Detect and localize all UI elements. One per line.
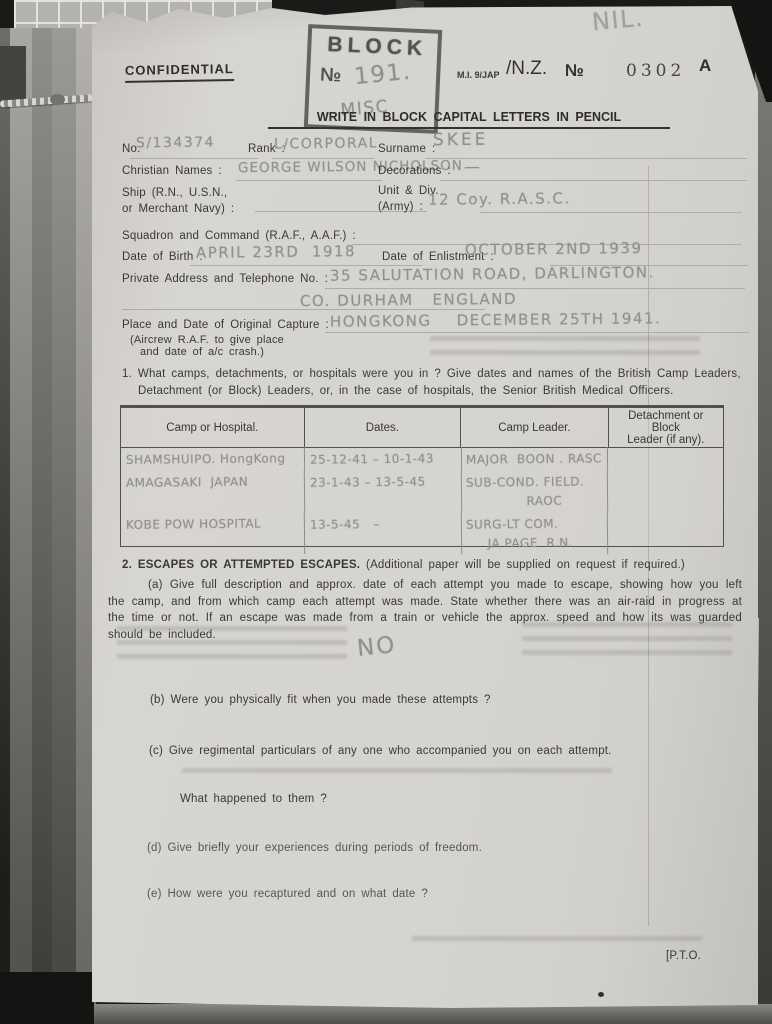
block-capitals-instruction: WRITE IN BLOCK CAPITAL LETTERS IN PENCIL xyxy=(268,110,670,129)
ref-letter-a: A xyxy=(699,56,711,76)
string-knot xyxy=(50,94,65,105)
cell-detachment xyxy=(608,512,723,555)
question-2d-text: (d) Give briefly your experiences during… xyxy=(147,842,482,854)
ink-bleed-through xyxy=(430,336,700,360)
question-1-text: 1. What camps, detachments, or hospitals… xyxy=(122,366,754,399)
column-header-dates: Dates. xyxy=(305,408,462,448)
ref-no-symbol: № xyxy=(565,61,584,81)
cell-leader: SUB-COND. FIELD. RAOC xyxy=(461,470,609,514)
stamp-block-word: BLOCK xyxy=(327,33,428,61)
table-row: AMAGASAKI JAPAN 23-1-43 – 13-5-45 SUB-CO… xyxy=(121,471,723,513)
field-sublabel-aircrew-2: and date of a/c crash.) xyxy=(140,346,264,358)
ink-bleed-through xyxy=(117,626,347,660)
column-header-camp-leader: Camp Leader. xyxy=(461,408,608,448)
rule-line xyxy=(440,179,747,181)
ink-bleed-through xyxy=(412,936,702,949)
handwritten-block-number: 191. xyxy=(353,59,412,90)
field-value-unit-div: 12 Coy. R.A.S.C. xyxy=(428,189,571,208)
question-2b-text: (b) Were you physically fit when you mad… xyxy=(150,694,491,706)
rule-line xyxy=(480,211,742,213)
field-value-surname: SKEE xyxy=(433,130,489,151)
table-row: KOBE POW HOSPITAL 13-5-45 – SURG-LT COM.… xyxy=(121,513,723,555)
cell-detachment xyxy=(608,447,723,471)
ref-serial-number: 0302 xyxy=(626,61,685,81)
question-2-heading-note: (Additional paper will be supplied on re… xyxy=(360,559,685,571)
stamp-no-symbol: № xyxy=(320,65,342,88)
ink-bleed-through xyxy=(522,622,732,660)
field-label-place-of-capture: Place and Date of Original Capture : xyxy=(122,319,329,331)
question-2c-followup-text: What happened to them ? xyxy=(180,793,327,805)
field-label-surname: Surname : xyxy=(378,143,435,155)
cell-camp: SHAMSHUIPO. HongKong xyxy=(121,447,305,472)
cell-detachment xyxy=(608,470,723,513)
scanned-document-canvas: NIL. CONFIDENTIAL BLOCK № 191. MISC M.I.… xyxy=(0,0,772,1024)
cell-camp: AMAGASAKI JAPAN xyxy=(121,470,305,514)
field-sublabel-aircrew-1: (Aircrew R.A.F. to give place xyxy=(130,334,284,346)
handwritten-nil-note: NIL. xyxy=(591,4,645,36)
table-row: SHAMSHUIPO. HongKong 25-12-41 – 10-1-43 … xyxy=(121,448,723,471)
field-label-christian-names: Christian Names : xyxy=(122,165,222,177)
ref-nz-label: /N.Z. xyxy=(506,58,547,80)
cell-dates: 23-1-43 – 13-5-45 xyxy=(304,470,461,514)
cell-dates: 13-5-45 – xyxy=(304,512,461,556)
field-value-date-of-enlistment: OCTOBER 2ND 1939 xyxy=(465,239,643,259)
question-2c-text: (c) Give regimental particulars of any o… xyxy=(149,745,612,757)
paper-stack-edge xyxy=(0,28,10,1024)
ink-speck xyxy=(598,992,604,997)
column-header-detachment: Detachment or Block Leader (if any). xyxy=(609,408,723,448)
ref-mi9-label: M.I. 9/JAP xyxy=(457,70,500,80)
field-label-decorations: Decorations : xyxy=(378,165,451,177)
field-label-squadron: Squadron and Command (R.A.F., A.A.F.) : xyxy=(122,230,356,242)
rule-line xyxy=(325,287,745,289)
camps-table-header-row: Camp or Hospital. Dates. Camp Leader. De… xyxy=(121,408,723,448)
field-value-date-of-birth: APRIL 23RD 1918 xyxy=(196,242,356,262)
ink-bleed-through xyxy=(182,768,612,781)
rule-line xyxy=(130,157,258,159)
question-2e-text: (e) How were you recaptured and on what … xyxy=(147,888,428,900)
paper-stack-edge xyxy=(52,28,77,1024)
column-header-camp: Camp or Hospital. xyxy=(121,408,305,448)
paper-stack-edge xyxy=(32,28,53,1024)
rule-line xyxy=(236,179,382,181)
pto-marking: [P.T.O. xyxy=(666,950,701,962)
rule-line xyxy=(325,331,749,333)
field-label-date-of-birth: Date of Birth : xyxy=(122,251,203,263)
question-2-heading: 2. ESCAPES OR ATTEMPTED ESCAPES. (Additi… xyxy=(122,555,738,573)
cell-dates: 25-12-41 – 10-1-43 xyxy=(304,447,461,472)
handwritten-answer-no: NO xyxy=(356,632,398,662)
camps-table: Camp or Hospital. Dates. Camp Leader. De… xyxy=(120,405,724,547)
field-label-ship: Ship (R.N., U.S.N., or Merchant Navy) : xyxy=(122,186,234,217)
field-value-no: S/134374 xyxy=(136,135,215,152)
confidential-marking: CONFIDENTIAL xyxy=(125,61,234,83)
cell-leader: SURG-LT COM. JA PAGE R.N. xyxy=(461,512,609,556)
cell-camp: KOBE POW HOSPITAL xyxy=(121,512,305,556)
cell-leader: MAJOR BOON . RASC xyxy=(461,447,609,472)
field-value-address-line1: 35 SALUTATION ROAD, DARLINGTON. xyxy=(330,263,655,284)
field-value-decorations: — xyxy=(464,157,482,176)
question-2-heading-caps: 2. ESCAPES OR ATTEMPTED ESCAPES. xyxy=(122,559,360,571)
paper-stack-edge xyxy=(10,28,33,1024)
bottom-left-dark-corner xyxy=(0,972,94,1024)
rule-line xyxy=(122,308,485,310)
document-sheet: NIL. CONFIDENTIAL BLOCK № 191. MISC M.I.… xyxy=(92,6,758,1008)
field-label-private-address: Private Address and Telephone No. : xyxy=(122,273,328,285)
field-value-place-of-capture: HONGKONG DECEMBER 25TH 1941. xyxy=(330,309,661,330)
shadow-blob xyxy=(0,46,26,102)
field-value-rank: L/CORPORAL xyxy=(274,135,378,152)
